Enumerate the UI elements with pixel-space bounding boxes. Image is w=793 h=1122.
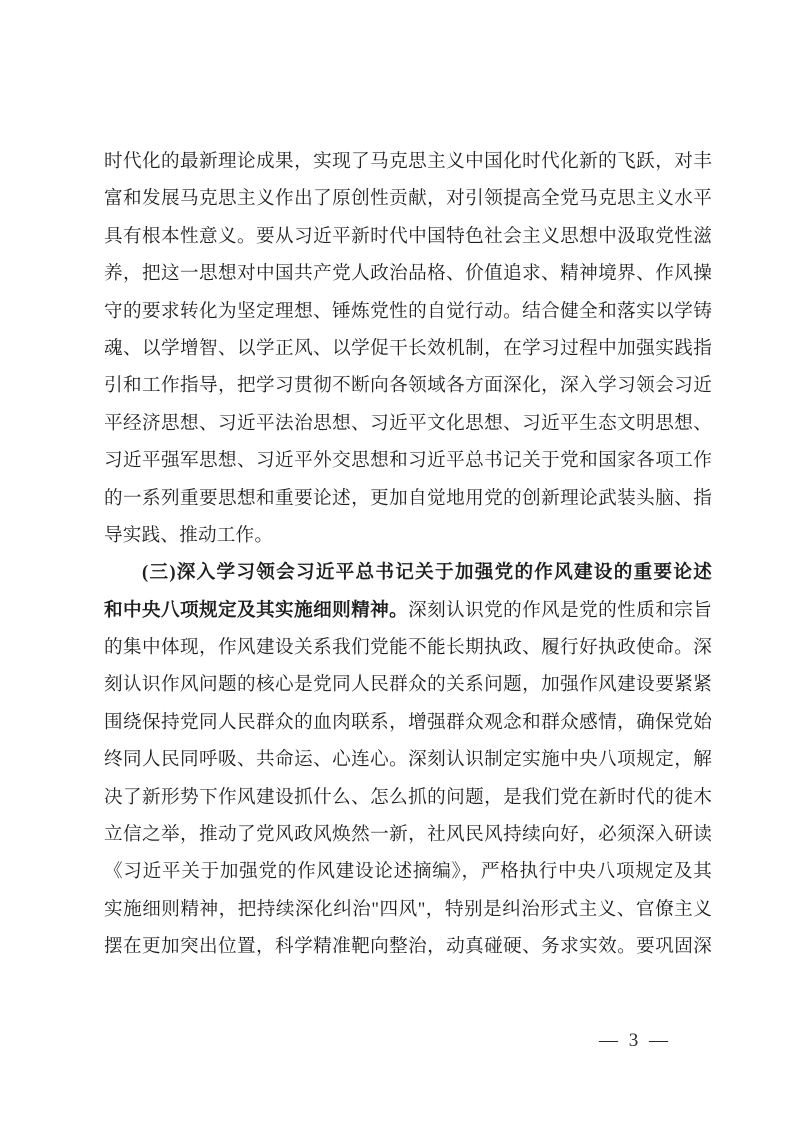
text-line: 决了新形势下作风建设抓什么、怎么抓的问题，是我们党在新时代的徙木 [104, 779, 712, 816]
body-text-segment: 深刻认识党的作风是党的性质和宗旨 [408, 600, 712, 621]
text-line: 的集中体现，作风建设关系我们党能不能长期执政、履行好执政使命。深 [104, 629, 712, 666]
text-line: 《习近平关于加强党的作风建设论述摘编》，严格执行中央八项规定及其 [104, 853, 712, 890]
text-line: 刻认识作风问题的核心是党同人民群众的关系问题，加强作风建设要紧紧 [104, 666, 712, 703]
text-line: 具有根本性意义。要从习近平新时代中国特色社会主义思想中汲取党性滋 [104, 218, 712, 255]
text-line: 引和工作指导，把学习贯彻不断向各领域各方面深化，深入学习领会习近 [104, 367, 712, 404]
text-line: 平经济思想、习近平法治思想、习近平文化思想、习近平生态文明思想、 [104, 405, 712, 442]
text-line: 守的要求转化为坚定理想、锤炼党性的自觉行动。结合健全和落实以学铸 [104, 293, 712, 330]
text-line: 习近平强军思想、习近平外交思想和习近平总书记关于党和国家各项工作 [104, 442, 712, 479]
text-line: 富和发展马克思主义作出了原创性贡献，对引领提高全党马克思主义水平 [104, 180, 712, 217]
text-line: 围绕保持党同人民群众的血肉联系，增强群众观念和群众感情，确保党始 [104, 704, 712, 741]
text-line-mixed: 和中央八项规定及其实施细则精神。深刻认识党的作风是党的性质和宗旨 [104, 592, 712, 629]
text-line: 魂、以学增智、以学正风、以学促干长效机制，在学习过程中加强实践指 [104, 330, 712, 367]
text-line: 实施细则精神，把持续深化纠治"四风"，特别是纠治形式主义、官僚主义 [104, 891, 712, 928]
text-line: 摆在更加突出位置，科学精准靶向整治，动真碰硬、务求实效。要巩固深 [104, 928, 712, 965]
text-line-paragraph-end: 导实践、推动工作。 [104, 517, 712, 554]
document-page: 时代化的最新理论成果，实现了马克思主义中国化时代化新的飞跃，对丰 富和发展马克思… [0, 0, 793, 1122]
text-line: 的一系列重要思想和重要论述，更加自觉地用党的创新理论武装头脑、指 [104, 480, 712, 517]
text-line: 养，把这一思想对中国共产党人政治品格、价值追求、精神境界、作风操 [104, 255, 712, 292]
text-line: 时代化的最新理论成果，实现了马克思主义中国化时代化新的飞跃，对丰 [104, 143, 712, 180]
section-heading-continuation: 和中央八项规定及其实施细则精神。 [104, 600, 408, 621]
text-line: 立信之举，推动了党风政风焕然一新，社风民风持续向好，必须深入研读 [104, 816, 712, 853]
page-number: — 3 — [599, 1030, 669, 1052]
document-text-block: 时代化的最新理论成果，实现了马克思主义中国化时代化新的飞跃，对丰 富和发展马克思… [104, 143, 712, 966]
text-line: 终同人民同呼吸、共命运、心连心。深刻认识制定实施中央八项规定，解 [104, 741, 712, 778]
section-heading-line: (三)深入学习领会习近平总书记关于加强党的作风建设的重要论述 [104, 554, 712, 591]
